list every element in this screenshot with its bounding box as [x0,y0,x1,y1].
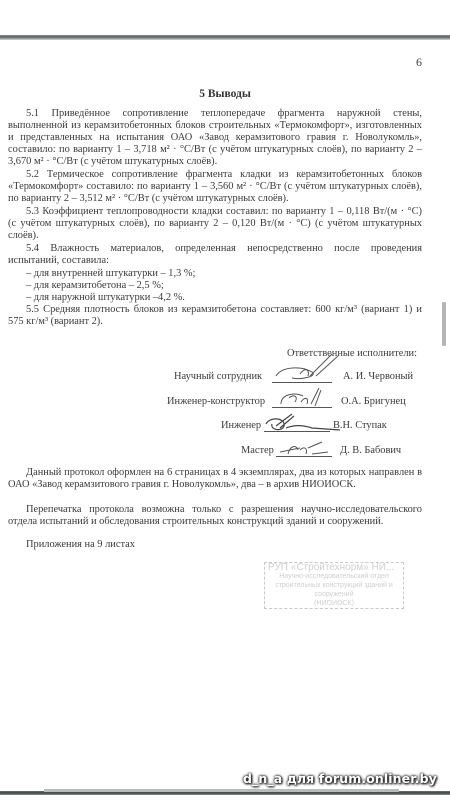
list-item: – для наружной штукатурки –4,2 %. [26,292,185,304]
signature-icon [262,408,342,438]
signature-name: В.Н. Ступак [333,420,387,431]
protocol-paragraph: Данный протокол оформлен на 6 страницах … [8,467,422,491]
stamp-line: строительных конструкций зданий и сооруж… [265,581,403,599]
paragraph-5-1-text: 5.1 Приведённое сопротивление теплоперед… [8,108,422,167]
signature-role: Инженер-конструктор [167,396,265,407]
section-heading: 5 Выводы [0,88,450,100]
scrollbar-thumb[interactable] [442,302,446,346]
list-item: – для внутренней штукатурки – 1,3 %; [26,268,195,280]
organization-stamp: РУП «Стройтехнорм» НИ... Научно-исследов… [264,562,404,609]
reprint-text: Перепечатка протокола возможна только с … [8,504,422,527]
reprint-paragraph: Перепечатка протокола возможна только с … [8,504,422,528]
protocol-text: Данный протокол оформлен на 6 страницах … [8,467,422,490]
signature-name: А. И. Червоный [343,371,413,382]
signature-role: Инженер [221,420,261,431]
paragraph-5-1: 5.1 Приведённое сопротивление теплоперед… [8,108,422,168]
paragraph-5-5: 5.5 Средняя плотность блоков из керамзит… [8,304,422,328]
signature-role: Научный сотрудник [174,371,262,382]
signature-name: Д. В. Бабович [340,445,401,456]
paragraph-5-2: 5.2 Термическое сопротивление фрагмента … [8,169,422,205]
signature-name: О.А. Бригунец [341,396,406,407]
signature-role: Мастер [241,445,274,456]
paragraph-5-5-text: 5.5 Средняя плотность блоков из керамзит… [8,304,422,327]
list-item: – для керамзитобетона – 2,5 %; [26,280,164,292]
paragraph-5-3-text: 5.3 Коэффициент теплопроводности кладки … [8,206,422,241]
watermark: d_n_a для forum.onliner.by [243,771,437,786]
stamp-line: (НИОИОСК) [265,599,403,608]
paragraph-5-4: 5.4 Влажность материалов, определенная н… [8,243,422,267]
stamp-line: РУП «Стройтехнорм» НИ... [265,563,403,572]
page-number: 6 [416,55,422,70]
paragraph-5-2-text: 5.2 Термическое сопротивление фрагмента … [8,169,422,204]
appendix-note: Приложения на 9 листах [8,539,422,551]
paragraph-5-3: 5.3 Коэффициент теплопроводности кладки … [8,206,422,242]
paragraph-5-4-text: 5.4 Влажность материалов, определенная н… [8,243,422,266]
appendix-text: Приложения на 9 листах [26,539,135,550]
top-border [0,35,450,40]
stamp-line: Научно-исследовательский отдел [265,572,403,581]
bottom-border-inner [44,789,399,792]
signature-icon [272,352,342,386]
signature-icon [278,436,338,460]
